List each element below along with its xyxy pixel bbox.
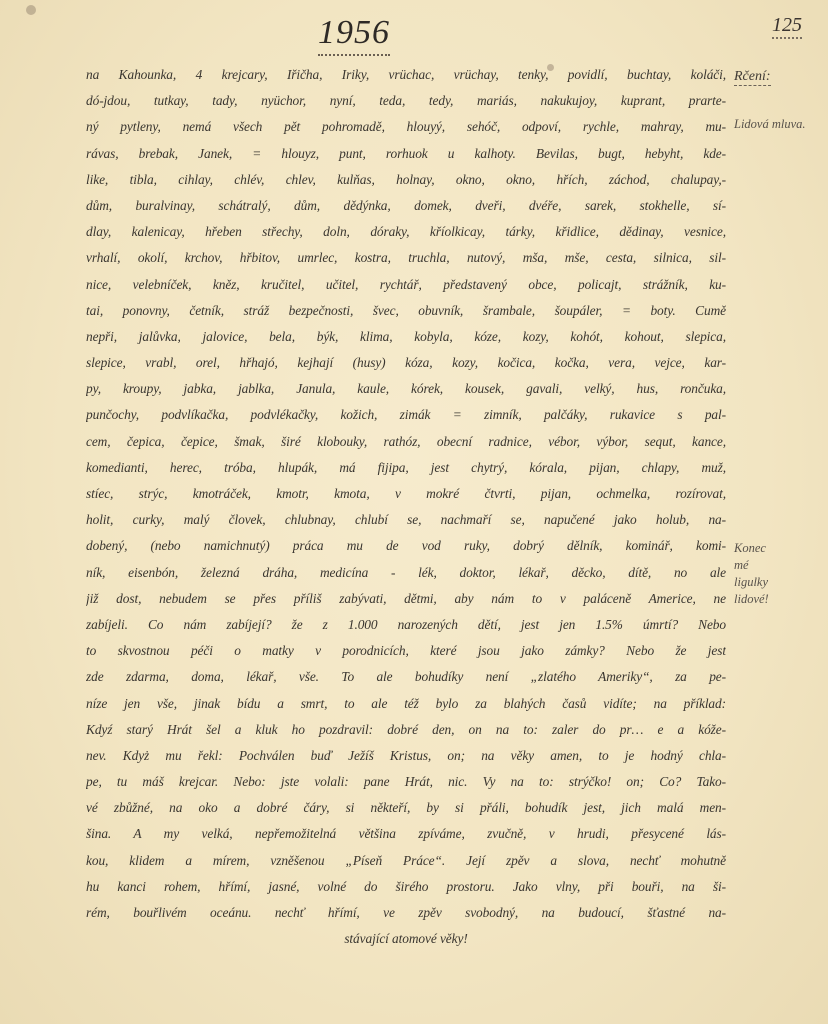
text-line: punčochy, podvlíkačka, podvlékačky, koži…: [86, 402, 726, 428]
margin-note-text: Lidová mluva.: [734, 116, 824, 133]
text-line: nice, velebníček, kněz, kručitel, učitel…: [86, 272, 726, 298]
closing-line: stávající atomové věky!: [86, 926, 726, 952]
manuscript-page: 1956 125 na Kahounka, 4 krejcary, Iřičha…: [0, 0, 828, 1024]
text-line: komedianti, herec, tróba, hlupák, má fij…: [86, 455, 726, 481]
text-line: zde zdarma, doma, lékař, vše. To ale boh…: [86, 664, 726, 690]
text-line: šina. A my velká, nepřemožitelná většina…: [86, 821, 726, 847]
text-line: slepice, vrabl, orel, hřhajó, kejhají (h…: [86, 350, 726, 376]
text-line: kou, klidem a mírem, vzněšenou „Píseň Pr…: [86, 848, 726, 874]
text-line: dlay, kalenicay, hřeben střechy, doln, d…: [86, 219, 726, 245]
text-line: na Kahounka, 4 krejcary, Iřičha, Iriky, …: [86, 62, 726, 88]
text-line: níze jen vše, jinak bídu a smrt, to ale …: [86, 691, 726, 717]
text-line: rém, bouřlivém oceánu. nechť hřímí, ve z…: [86, 900, 726, 926]
margin-note-sayings: Rčení: Lidová mluva.: [734, 68, 824, 133]
margin-note-end: Konec mé ligulky lidové!: [734, 540, 824, 608]
text-line: nepři, jalůvka, jalovice, bela, býk, kli…: [86, 324, 726, 350]
page-year-heading: 1956: [318, 14, 390, 56]
text-line: ný pytleny, nemá všech pět pohromadě, hl…: [86, 114, 726, 140]
text-line: zabíjeli. Co nám zabíjejí? že z 1.000 na…: [86, 612, 726, 638]
text-line: stíec, strýc, kmotráček, kmotr, kmota, v…: [86, 481, 726, 507]
handwritten-body-text: na Kahounka, 4 krejcary, Iřičha, Iriky, …: [86, 62, 726, 952]
margin-note-line: lidové!: [734, 591, 824, 608]
margin-note-line: mé: [734, 557, 824, 574]
text-line: cem, čepica, čepice, šmak, širé klobouky…: [86, 429, 726, 455]
text-line: dům, buralvinay, schátralý, dům, dědýnka…: [86, 193, 726, 219]
page-number: 125: [772, 14, 802, 39]
text-line: py, kroupy, jabka, jablka, Janula, kaule…: [86, 376, 726, 402]
text-line: vé zbůžné, na oko a dobré čáry, si někte…: [86, 795, 726, 821]
text-line: Kdyź starý Hrát šel a kluk ho pozdravil:…: [86, 717, 726, 743]
text-line: vrhalí, okolí, krchov, hřbitov, umrlec, …: [86, 245, 726, 271]
text-line: like, tibla, cihlay, chlév, chlev, kulňa…: [86, 167, 726, 193]
text-line: dobený, (nebo namichnutý) práca mu de vo…: [86, 533, 726, 559]
text-line: holit, curky, malý človek, chlubnay, chl…: [86, 507, 726, 533]
text-line: rávas, brebak, Janek, = hlouyz, punt, ro…: [86, 141, 726, 167]
margin-note-line: ligulky: [734, 574, 824, 591]
text-line: nev. Kdyż mu řekl: Pochválen buď Ježíš K…: [86, 743, 726, 769]
text-line: to skvostnou péči o matky v porodnicích,…: [86, 638, 726, 664]
text-line: dó-jdou, tutkay, tady, nyüchor, nyní, te…: [86, 88, 726, 114]
text-line: hu kanci rohem, hřímí, jasné, volné do š…: [86, 874, 726, 900]
text-line: již dost, nebudem se přes příliš zabývat…: [86, 586, 726, 612]
margin-note-heading: Rčení:: [734, 68, 771, 86]
text-line: tai, ponovny, četník, stráž bezpečnosti,…: [86, 298, 726, 324]
margin-note-line: Konec: [734, 540, 824, 557]
text-line: pe, tu máš krejcar. Nebo: jste volali: p…: [86, 769, 726, 795]
ink-spot: [26, 5, 36, 15]
text-line: ník, eisenbón, železná dráha, medicína -…: [86, 560, 726, 586]
